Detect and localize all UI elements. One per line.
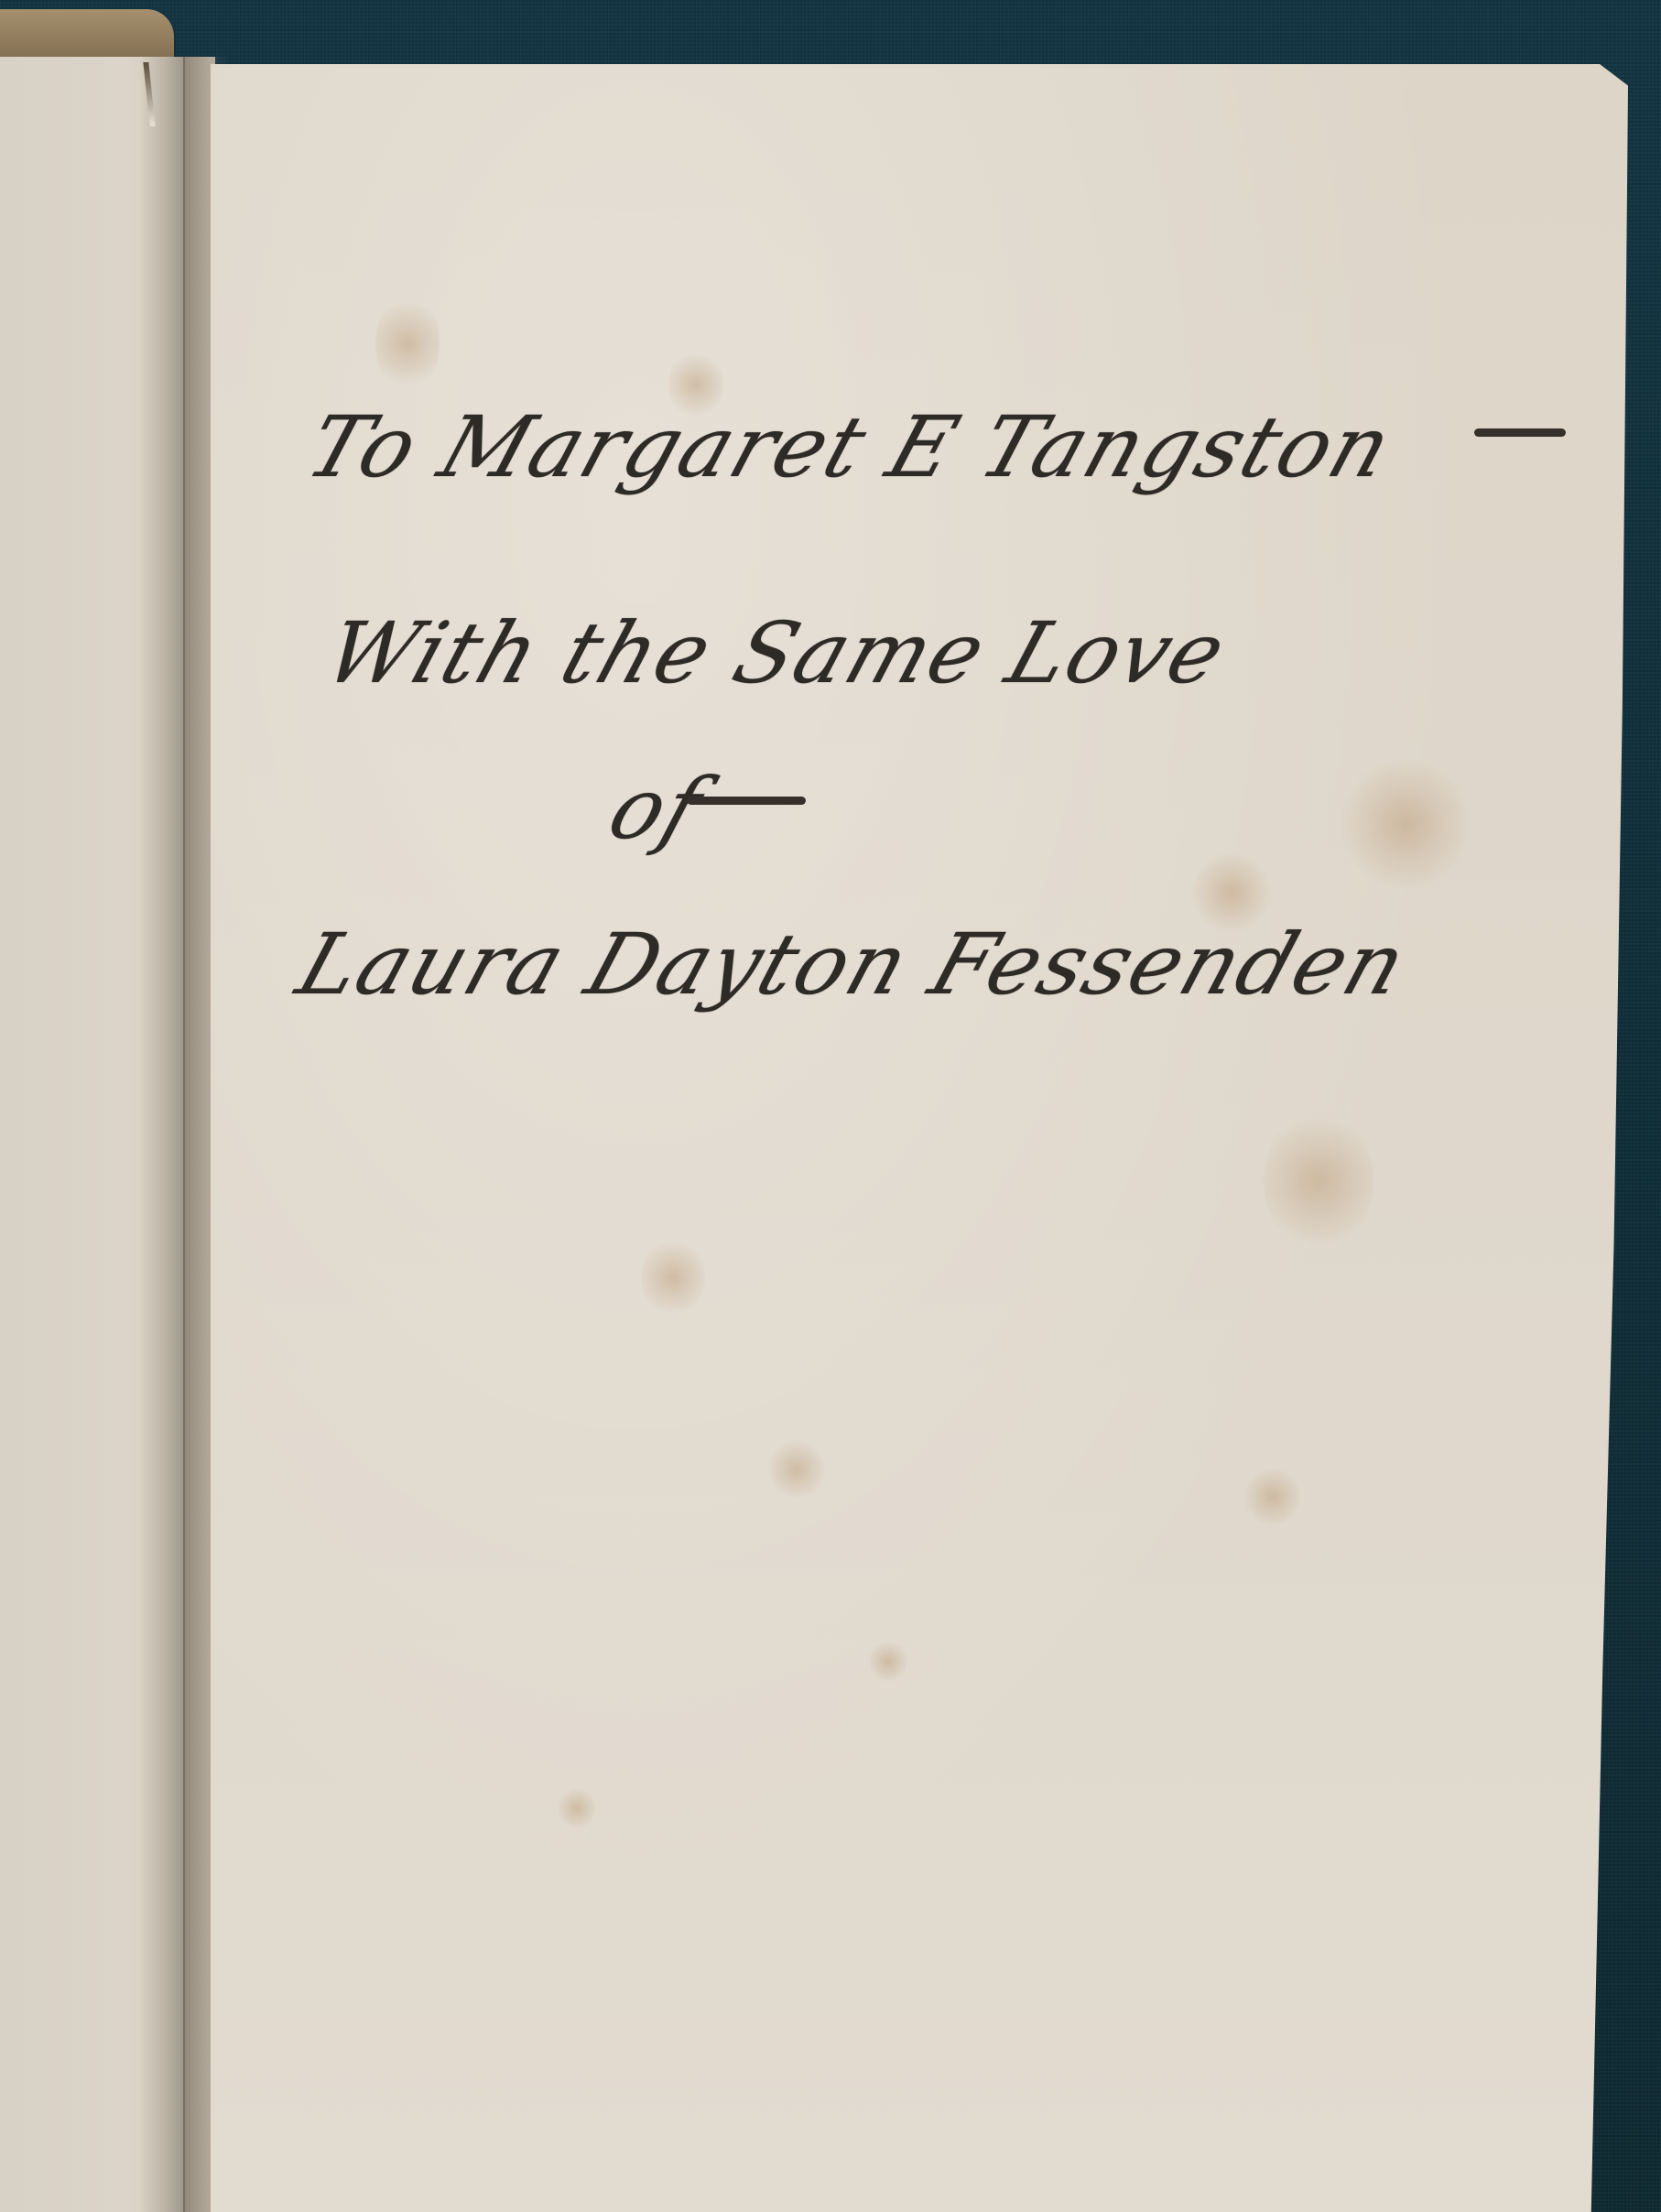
inscription-line-signature: Laura Dayton Fessenden [287,916,1419,1014]
handwritten-inscription: To Margaret E Tangston With the Same Lov… [211,64,1628,2212]
inscription-line-message: With the Same Love [314,604,1239,702]
flyleaf-page: To Margaret E Tangston With the Same Lov… [211,64,1628,2212]
flourish-stroke [687,797,806,805]
endpaper-fold-shadow [139,57,185,2212]
inscription-line-of: of [598,760,715,858]
inscription-line-recipient: To Margaret E Tangston [296,398,1405,496]
flourish-stroke [1474,428,1566,437]
